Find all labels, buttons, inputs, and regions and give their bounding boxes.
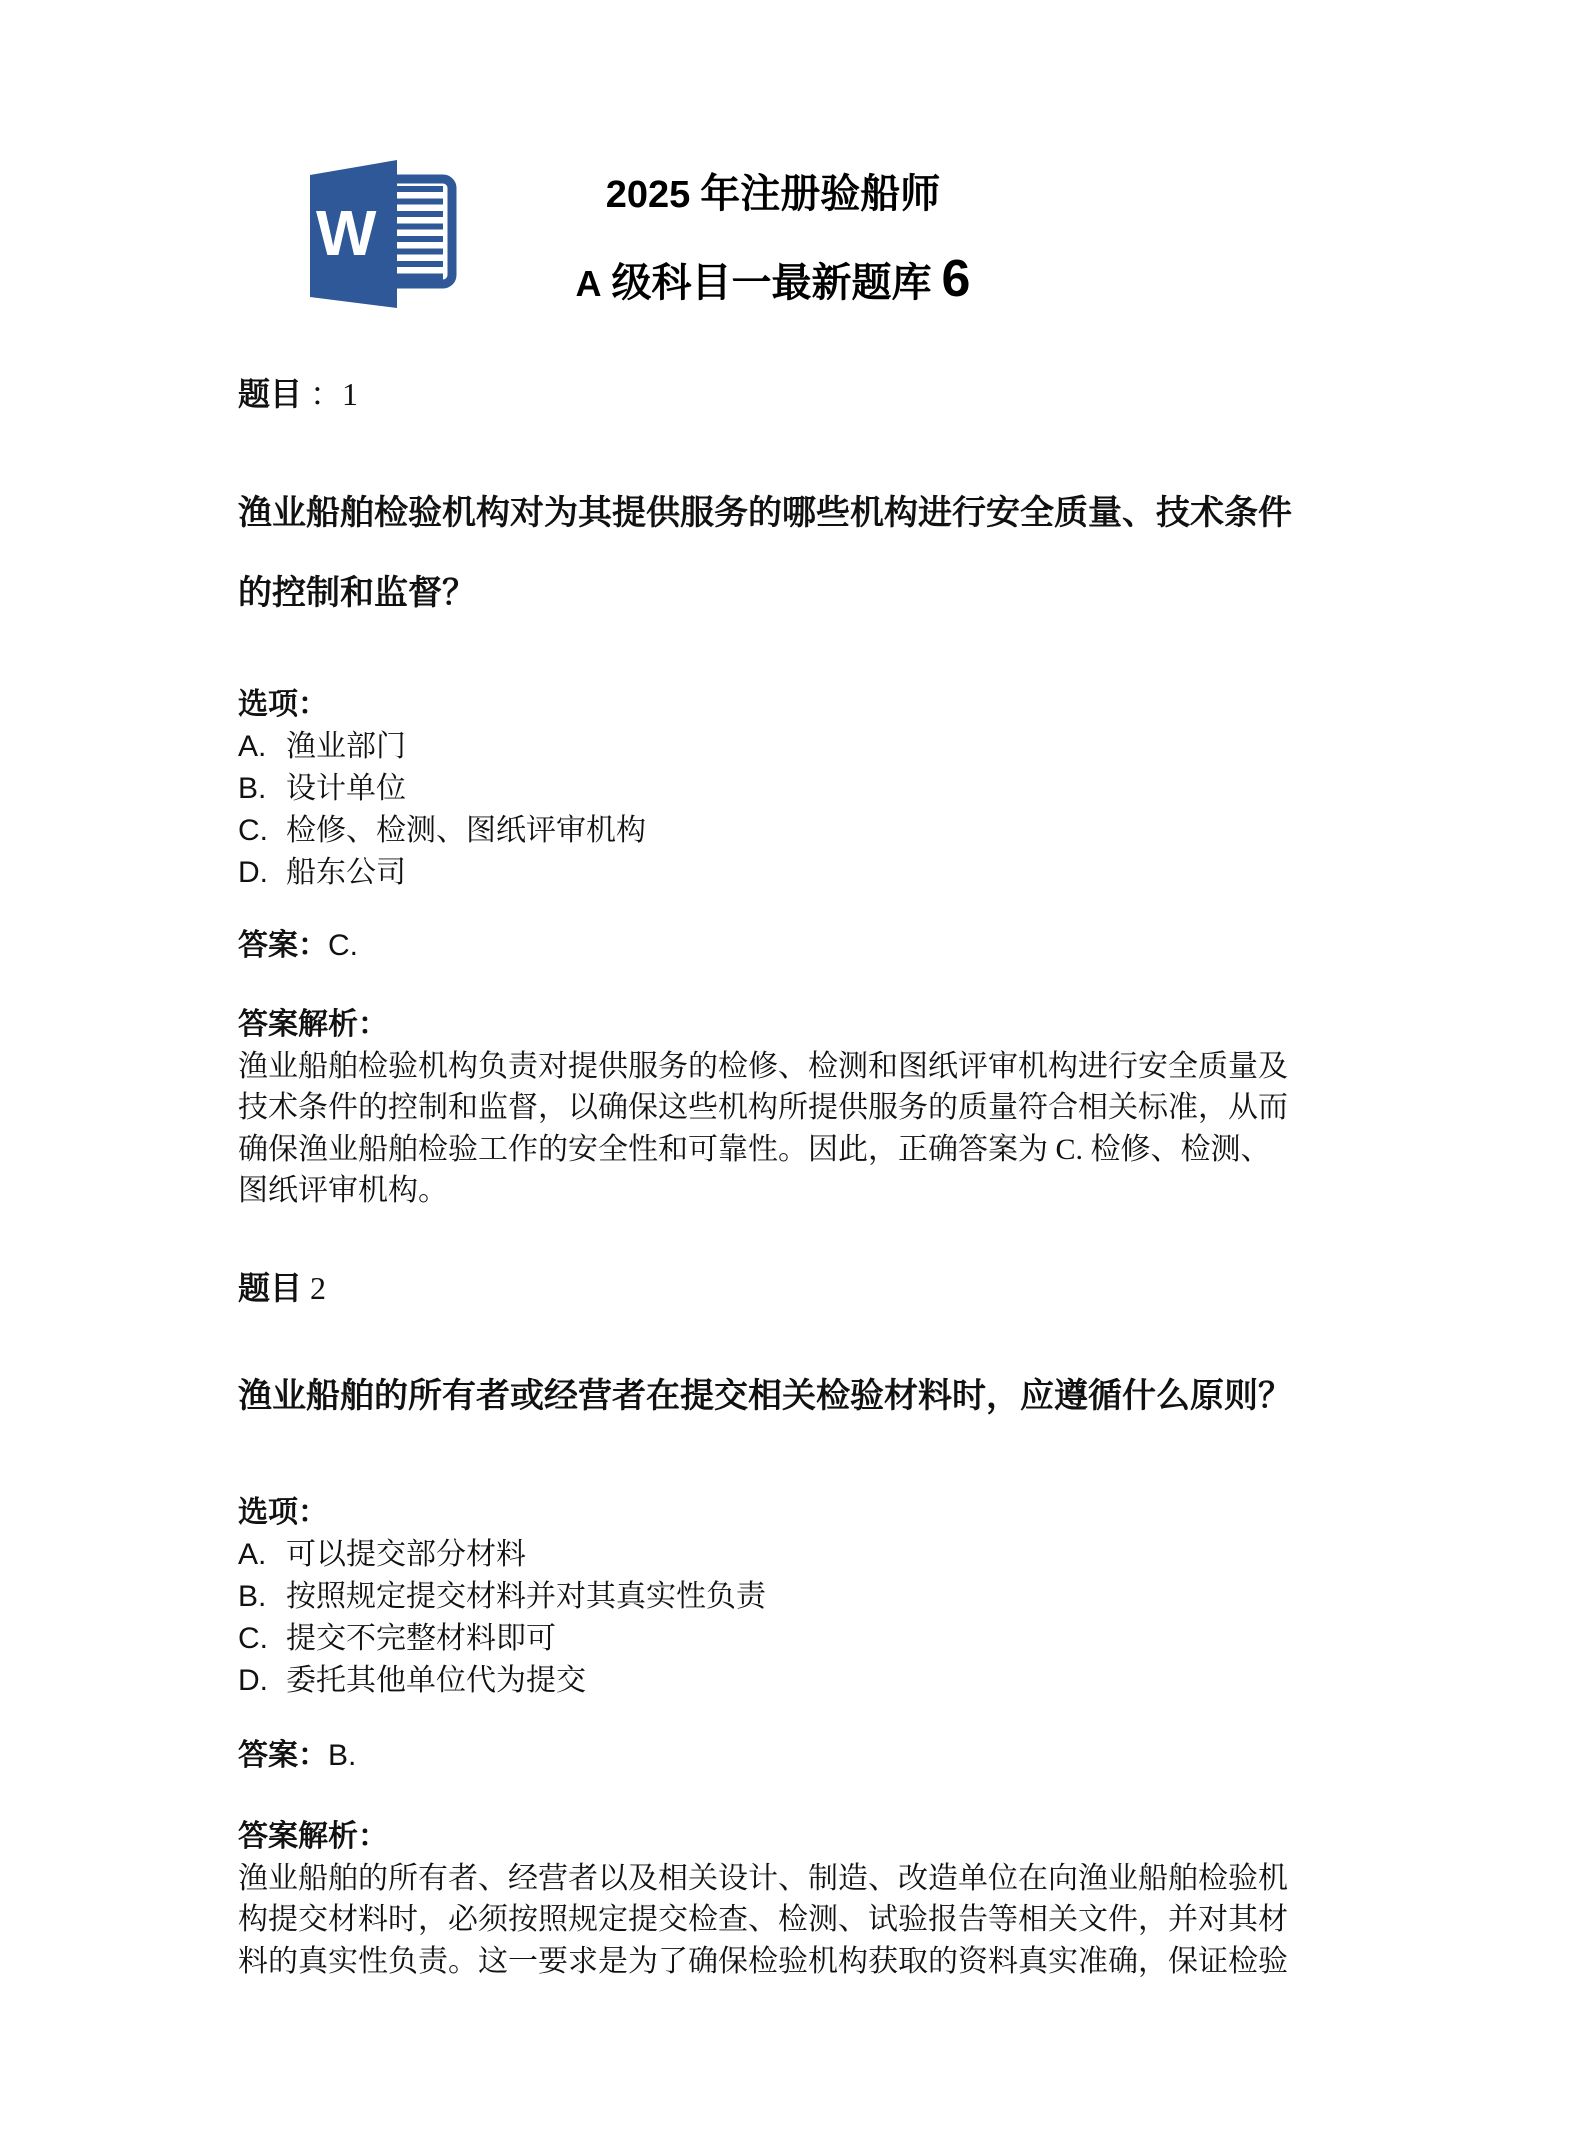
question-2-line-1: 渔业船舶的所有者或经营者在提交相关检验材料时，应遵循什么原则？: [238, 1357, 1353, 1437]
option-text: 可以提交部分材料: [286, 1538, 526, 1571]
question-1-line-1: 渔业船舶检验机构对为其提供服务的哪些机构进行安全质量、技术条件: [238, 474, 1353, 554]
question-2-analysis: 答案解析： 渔业船舶的所有者、经营者以及相关设计、制造、改造单位在向渔业船舶检验…: [238, 1816, 1353, 1982]
title-year: 2025: [606, 174, 691, 216]
option-letter: D.: [238, 852, 286, 894]
word-icon-graphic: W: [308, 158, 458, 310]
question-1-option-d: D.船东公司: [238, 852, 1353, 894]
word-icon-letter: W: [316, 197, 377, 269]
analysis-header: 答案解析：: [238, 1004, 1353, 1046]
question-1-option-b: B.设计单位: [238, 768, 1353, 810]
question-1-number: ：1: [302, 376, 358, 412]
analysis-line: 料的真实性负责。这一要求是为了确保检验机构获取的资料真实准确，保证检验: [238, 1941, 1353, 1983]
question-1-options-header: 选项：: [238, 684, 1353, 726]
option-letter: B.: [238, 768, 286, 810]
analysis-line: 技术条件的控制和监督，以确保这些机构所提供服务的质量符合相关标准，从而: [238, 1087, 1353, 1129]
analysis-header: 答案解析：: [238, 1816, 1353, 1858]
question-2-answer: 答案：B.: [238, 1735, 1353, 1777]
option-letter: D.: [238, 1660, 286, 1702]
question-2-option-a: A.可以提交部分材料: [238, 1534, 1353, 1576]
answer-value: B.: [328, 1739, 356, 1772]
question-2-option-b: B.按照规定提交材料并对其真实性负责: [238, 1576, 1353, 1618]
question-2-option-c: C.提交不完整材料即可: [238, 1618, 1353, 1660]
title-volume-number: 6: [942, 250, 971, 308]
answer-label: 答案：: [238, 1739, 328, 1772]
title-grade: A: [576, 263, 602, 304]
option-text: 委托其他单位代为提交: [286, 1664, 586, 1697]
question-2-options-header: 选项：: [238, 1492, 1353, 1534]
document-page: W 2025 年注册验船师 A 级科目一最新题库 6 题目 ：1 渔业船舶检验机…: [0, 0, 1587, 2135]
option-text: 按照规定提交材料并对其真实性负责: [286, 1580, 766, 1613]
option-text: 船东公司: [286, 856, 406, 889]
option-text: 提交不完整材料即可: [286, 1622, 556, 1655]
question-2-text: 渔业船舶的所有者或经营者在提交相关检验材料时，应遵循什么原则？: [238, 1357, 1353, 1437]
analysis-line: 图纸评审机构。: [238, 1170, 1353, 1212]
question-1-text: 渔业船舶检验机构对为其提供服务的哪些机构进行安全质量、技术条件 的控制和监督？: [238, 474, 1353, 634]
question-1-options: 选项： A.渔业部门 B.设计单位 C.检修、检测、图纸评审机构 D.船东公司: [238, 684, 1353, 894]
question-1-label-text: 题目: [238, 376, 302, 412]
option-text: 设计单位: [286, 772, 406, 805]
question-1-option-a: A.渔业部门: [238, 726, 1353, 768]
option-letter: A.: [238, 1534, 286, 1576]
word-icon: W: [308, 158, 458, 310]
option-letter: C.: [238, 810, 286, 852]
question-1-label: 题目 ：1: [238, 374, 1353, 414]
analysis-line: 构提交材料时，必须按照规定提交检查、检测、试验报告等相关文件，并对其材: [238, 1899, 1353, 1941]
question-2-label: 题目 2: [238, 1268, 1353, 1308]
question-2-options: 选项： A.可以提交部分材料 B.按照规定提交材料并对其真实性负责 C.提交不完…: [238, 1492, 1353, 1702]
question-2-number: 2: [302, 1270, 326, 1306]
analysis-line: 确保渔业船舶检验工作的安全性和可靠性。因此，正确答案为 C. 检修、检测、: [238, 1129, 1353, 1171]
option-letter: A.: [238, 726, 286, 768]
question-1-answer: 答案：C.: [238, 925, 1353, 967]
question-1-line-2: 的控制和监督？: [238, 554, 1353, 634]
option-letter: B.: [238, 1576, 286, 1618]
question-2-option-d: D.委托其他单位代为提交: [238, 1660, 1353, 1702]
option-letter: C.: [238, 1618, 286, 1660]
analysis-line: 渔业船舶检验机构负责对提供服务的检修、检测和图纸评审机构进行安全质量及: [238, 1046, 1353, 1088]
option-text: 渔业部门: [286, 730, 406, 763]
title-line-2: A 级科目一最新题库 6: [448, 247, 1098, 316]
answer-value: C.: [328, 929, 358, 962]
question-1-option-c: C.检修、检测、图纸评审机构: [238, 810, 1353, 852]
title-line1-text: 年注册验船师: [690, 171, 940, 216]
answer-label: 答案：: [238, 929, 328, 962]
question-1-analysis: 答案解析： 渔业船舶检验机构负责对提供服务的检修、检测和图纸评审机构进行安全质量…: [238, 1004, 1353, 1212]
title-line-1: 2025 年注册验船师: [448, 166, 1098, 223]
document-title: 2025 年注册验船师 A 级科目一最新题库 6: [448, 166, 1098, 316]
option-text: 检修、检测、图纸评审机构: [286, 814, 646, 847]
title-line2-text: 级科目一最新题库: [602, 260, 942, 305]
question-2-label-text: 题目: [238, 1270, 302, 1306]
analysis-line: 渔业船舶的所有者、经营者以及相关设计、制造、改造单位在向渔业船舶检验机: [238, 1858, 1353, 1900]
